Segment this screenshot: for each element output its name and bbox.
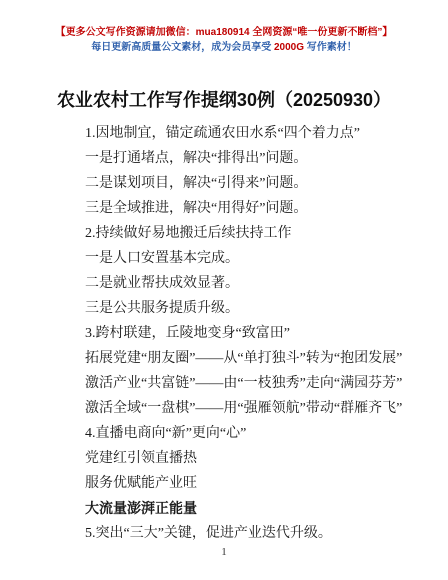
body-line: 5.突出“三大”关键，促进产业迭代升级。 bbox=[57, 521, 391, 546]
body-line: 激活产业“共富链”——由“一枝独秀”走向“满园芬芳” bbox=[57, 371, 391, 396]
page-title: 农业农村工作写作提纲30例（20250930） bbox=[20, 86, 428, 112]
document-page: 【更多公文写作资源请加微信：mua180914 全网资源“唯一份更新不断档”】 … bbox=[0, 0, 448, 580]
body-line: 二是谋划项目，解决“引得来”问题。 bbox=[57, 171, 391, 196]
promo-line-2-suffix: 写作素材！ bbox=[304, 42, 357, 53]
body-line: 二是就业帮扶成效显著。 bbox=[57, 271, 391, 296]
body-line: 三是公共服务提质升级。 bbox=[57, 296, 391, 321]
body-line: 一是人口安置基本完成。 bbox=[57, 246, 391, 271]
body-line: 党建红引领直播热 bbox=[57, 446, 391, 471]
promo-line-2-highlight: 2000G bbox=[274, 42, 304, 53]
body-line: 三是全域推进，解决“用得好”问题。 bbox=[57, 196, 391, 221]
document-body: 1.因地制宜，锚定疏通农田水系“四个着力点” 一是打通堵点，解决“排得出”问题。… bbox=[57, 121, 391, 546]
page-number: 1 bbox=[0, 546, 448, 558]
body-line: 服务优赋能产业旺 bbox=[57, 471, 391, 496]
body-line: 1.因地制宜，锚定疏通农田水系“四个着力点” bbox=[57, 121, 391, 146]
body-line: 一是打通堵点，解决“排得出”问题。 bbox=[57, 146, 391, 171]
promo-line-2-prefix: 每日更新高质量公文素材，成为会员享受 bbox=[91, 42, 274, 53]
promo-banner: 【更多公文写作资源请加微信：mua180914 全网资源“唯一份更新不断档”】 … bbox=[0, 0, 448, 55]
body-line: 激活全域“一盘棋”——用“强雁领航”带动“群雁齐飞” bbox=[57, 396, 391, 421]
body-line-emphasis: 大流量澎湃正能量 bbox=[57, 496, 391, 521]
body-line: 3.跨村联建，丘陵地变身“致富田” bbox=[57, 321, 391, 346]
promo-line-2: 每日更新高质量公文素材，成为会员享受 2000G 写作素材！ bbox=[0, 40, 448, 55]
promo-line-1: 【更多公文写作资源请加微信：mua180914 全网资源“唯一份更新不断档”】 bbox=[0, 25, 448, 40]
body-line: 2.持续做好易地搬迁后续扶持工作 bbox=[57, 221, 391, 246]
body-line: 拓展党建“朋友圈”——从“单打独斗”转为“抱团发展” bbox=[57, 346, 391, 371]
body-line: 4.直播电商向“新”更向“心” bbox=[57, 421, 391, 446]
